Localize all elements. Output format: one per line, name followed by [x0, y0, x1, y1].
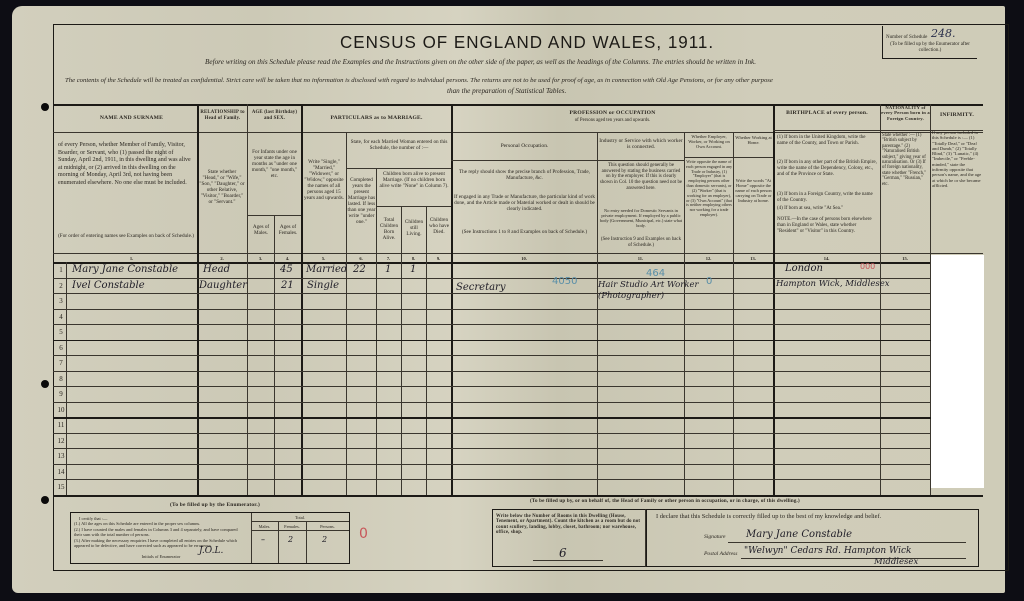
enumerator-heading: (To be filled up by the Enumerator.) — [140, 502, 290, 508]
row2-name: Ivel Constable — [72, 280, 145, 291]
table-top-rule — [53, 104, 983, 106]
column-number: 9. — [426, 256, 451, 261]
header-birthplace-body-1: (1) If born in the United Kingdom, write… — [777, 135, 877, 147]
row1-condition: Married — [306, 264, 347, 275]
punch-hole — [41, 103, 49, 111]
row-number: 6 — [56, 344, 66, 352]
header-infirmity: INFIRMITY. — [931, 112, 983, 118]
header-children: Children born alive to present Marriage.… — [378, 172, 450, 190]
row-number: 12 — [56, 437, 66, 445]
row2-occupation: Secretary — [456, 282, 505, 293]
header-age: AGE (last Birthday) and SEX. — [248, 110, 301, 121]
column-number: 10. — [451, 256, 597, 261]
header-home: Whether Working at Home. — [734, 135, 773, 145]
address-line — [741, 558, 966, 559]
column-number: 2. — [197, 256, 247, 261]
header-name-note: (For order of entering names see Example… — [58, 234, 194, 240]
row-rule — [53, 433, 931, 434]
header-age-body: For Infants under one year state the age… — [249, 150, 300, 180]
header-birthplace-note: NOTE.—In the case of persons born elsewh… — [777, 217, 877, 234]
row-rule — [53, 355, 931, 356]
header-relationship-body: State whether "Head," or "Wife," "Son," … — [199, 170, 245, 206]
header-industry-body-3: (See Instruction 9 and Examples on back … — [599, 237, 683, 248]
header-rule — [53, 262, 983, 264]
header-marriage-condition: Write "Single," "Married," "Widower," or… — [302, 160, 346, 202]
males-label: Males. — [251, 524, 278, 529]
enumerator-item-1: (1.) All the ages on this Schedule are e… — [74, 521, 244, 526]
confidential-line: The contents of the Schedule will be tre… — [65, 77, 773, 84]
row-rule — [53, 386, 931, 387]
header-rule — [53, 132, 983, 133]
header-industry-body-1: This question should generally be answer… — [599, 163, 683, 191]
females-label: Females. — [278, 524, 306, 529]
row-number: 5 — [56, 328, 66, 336]
row-number: 7 — [56, 359, 66, 367]
row-rule — [53, 479, 931, 480]
header-rule — [684, 157, 773, 158]
header-rule — [597, 160, 684, 161]
row-number: 15 — [56, 483, 66, 491]
occupation-code: 4050 — [552, 276, 577, 287]
row1-years: 22 — [353, 264, 366, 275]
header-nationality-body: State whether :— (1) "British subject by… — [882, 133, 929, 187]
row-number: 3 — [56, 297, 66, 305]
rooms-count: 6 — [559, 546, 567, 560]
signature-label: Signature — [704, 534, 726, 540]
enumerator-box: I certify that :— (1.) All the ages on t… — [70, 512, 350, 564]
row-number: 13 — [56, 452, 66, 460]
row-number: 4 — [56, 313, 66, 321]
table-bottom-rule — [53, 495, 983, 497]
header-profession-sub: of Persons aged ten years and upwards. — [452, 118, 773, 124]
instruction-line: Before writing on this Schedule please r… — [205, 58, 756, 66]
header-industry: Industry or Service with which worker is… — [598, 138, 684, 150]
header-name: NAME AND SURNAME — [66, 115, 197, 121]
enumerator-initials: J.O.L. — [199, 546, 223, 556]
enumerator-initials-label: Initials of Enumerator — [131, 554, 191, 559]
column-divider — [197, 104, 199, 495]
row-rule — [53, 324, 931, 325]
column-divider — [247, 104, 248, 495]
header-relationship: RELATIONSHIP to Head of Family. — [198, 110, 247, 121]
column-number: 8. — [401, 256, 426, 261]
postal-address-line-2: Middlesex — [874, 557, 918, 567]
row-rule — [53, 448, 931, 449]
row2-age-female: 21 — [281, 280, 294, 291]
header-personal-body-1: The reply should show the precise branch… — [454, 170, 595, 182]
header-birthplace: BIRTHPLACE of every person. — [774, 110, 880, 116]
rooms-box: Write below the Number of Rooms in this … — [492, 509, 647, 567]
box-divider — [251, 530, 349, 531]
row-rule — [53, 464, 931, 465]
header-profession: PROFESSION or OCCUPATION — [452, 110, 773, 116]
industry-code: 464 — [646, 268, 665, 279]
persons-label: Persons. — [306, 524, 349, 529]
redacted-patch — [931, 255, 984, 488]
signature: Mary Jane Constable — [746, 529, 852, 540]
total-persons: 2 — [322, 535, 327, 544]
header-children-total: Total Children Born Alive. — [377, 218, 401, 242]
header-birthplace-body-3: (3) If born in a Foreign Country, write … — [777, 192, 877, 204]
column-number: 5. — [301, 256, 346, 261]
header-marriage: PARTICULARS as to MARRIAGE. — [302, 115, 451, 121]
header-birthplace-body-4: (4) If born at sea, write "At Sea." — [777, 206, 877, 212]
header-home-body: Write the words "At Home" opposite the n… — [735, 178, 772, 203]
birthplace-code: 000 — [860, 262, 875, 271]
header-children-died: Children who have Died. — [427, 218, 451, 236]
declaration-box: I declare that this Schedule is correctl… — [645, 509, 979, 567]
page-title: CENSUS OF ENGLAND AND WALES, 1911. — [340, 33, 714, 54]
header-age-males: Ages of Males. — [248, 225, 274, 237]
declaration-text: I declare that this Schedule is correctl… — [656, 513, 976, 520]
head-section-heading: (To be filled up by, or on behalf of, th… — [530, 499, 970, 505]
row-rule — [53, 309, 931, 310]
row-number: 2 — [56, 282, 66, 290]
header-rule — [346, 168, 451, 169]
header-married-women: State, for each Married Woman entered on… — [348, 140, 450, 152]
schedule-number: 248. — [931, 27, 956, 40]
column-divider — [880, 104, 881, 495]
header-marriage-years: Completed years the present Marriage has… — [347, 178, 376, 226]
postal-address-line-1: "Welwyn" Cedars Rd. Hampton Wick — [744, 546, 912, 556]
column-divider — [733, 132, 734, 495]
row1-relationship: Head — [203, 264, 230, 275]
row-number: 9 — [56, 390, 66, 398]
total-label: Total. — [251, 515, 349, 520]
row1-age-female: 45 — [280, 264, 293, 275]
postal-address-label: Postal Address — [704, 551, 737, 557]
header-personal-body-2: If engaged in any Trade or Manufacture, … — [454, 195, 595, 213]
row-rule — [53, 417, 931, 419]
header-industry-body-2: No entry needed for Domestic Servants in… — [599, 208, 683, 228]
header-rule — [247, 215, 301, 216]
header-birthplace-body-2: (2) If born in any other part of the Bri… — [777, 160, 877, 177]
row-number: 1 — [56, 266, 66, 274]
header-rule — [53, 253, 983, 254]
total-females: 2 — [288, 535, 293, 544]
schedule-number-label: Number of Schedule — [886, 35, 927, 40]
column-number: 3. — [247, 256, 274, 261]
header-rule — [376, 206, 451, 207]
header-personal-body-3: (See Instructions 1 to 8 and Examples on… — [454, 230, 595, 236]
punch-hole — [41, 380, 49, 388]
row-number: 14 — [56, 468, 66, 476]
row2-birthplace: Hampton Wick, Middlesex — [776, 279, 890, 289]
column-divider — [66, 262, 67, 495]
column-number: 14. — [773, 256, 880, 261]
row-rule — [53, 340, 931, 342]
total-males: – — [261, 535, 265, 544]
row1-name: Mary Jane Constable — [72, 264, 178, 275]
column-divider — [597, 132, 598, 495]
row-number: 11 — [56, 421, 66, 429]
header-nationality: NATIONALITY of every Person born in a Fo… — [881, 105, 930, 121]
header-infirmity-body: If any person included in this Schedule … — [932, 130, 982, 188]
header-rule — [451, 160, 597, 161]
column-number: 11. — [597, 256, 684, 261]
row2-condition: Single — [307, 280, 339, 291]
punch-hole — [41, 496, 49, 504]
header-personal-occupation: Personal Occupation. — [452, 143, 597, 149]
row1-birthplace: London — [785, 263, 823, 274]
signature-line — [728, 542, 966, 543]
column-number: 13. — [733, 256, 773, 261]
row2-industry: Hair Studio Art Worker (Photographer) — [598, 280, 748, 301]
rooms-underline — [533, 560, 603, 561]
row-number: 10 — [56, 406, 66, 414]
row-rule — [53, 402, 931, 403]
row1-living-children: 1 — [410, 264, 416, 275]
column-number: 15. — [880, 256, 930, 261]
header-age-females: Ages of Females. — [275, 225, 301, 237]
confidential-line-2: than the preparation of Statistical Tabl… — [447, 87, 566, 95]
row2-relationship: Daughter — [199, 280, 247, 291]
box-divider — [251, 521, 349, 522]
schedule-number-note: (To be filled up by the Enumerator after… — [886, 42, 974, 53]
header-children-living: Children still Living. — [402, 220, 426, 238]
row-rule — [53, 371, 931, 372]
enumerator-red-mark: 0 — [359, 526, 368, 542]
row-number: 8 — [56, 375, 66, 383]
column-divider — [451, 104, 453, 495]
column-number: 7. — [376, 256, 401, 261]
row1-total-children: 1 — [385, 264, 391, 275]
rooms-instruction: Write below the Number of Rooms in this … — [496, 514, 642, 536]
enumerator-item-2: (2.) I have counted the males and female… — [74, 527, 244, 537]
column-divider — [426, 206, 427, 495]
column-divider — [401, 206, 402, 495]
column-divider — [773, 104, 775, 495]
schedule-number-box: 248. Number of Schedule (To be filled up… — [882, 26, 977, 59]
column-number: 12. — [684, 256, 733, 261]
header-employer: Whether Employer, Worker, or Working on … — [685, 134, 733, 150]
column-number: 4. — [274, 256, 301, 261]
column-number: 1. — [66, 256, 197, 261]
row-rule — [53, 293, 931, 294]
header-employer-body: Write opposite the name of each person e… — [685, 160, 733, 218]
column-number: 6. — [346, 256, 376, 261]
header-name-body: of every Person, whether Member of Famil… — [58, 142, 191, 187]
